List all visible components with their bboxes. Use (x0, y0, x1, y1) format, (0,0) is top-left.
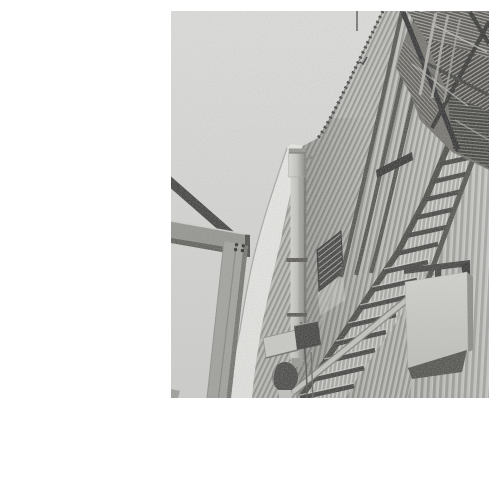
building-photograph (0, 0, 500, 500)
grain-overlay (171, 11, 489, 398)
photo-svg (0, 0, 500, 500)
album-page (0, 0, 500, 500)
